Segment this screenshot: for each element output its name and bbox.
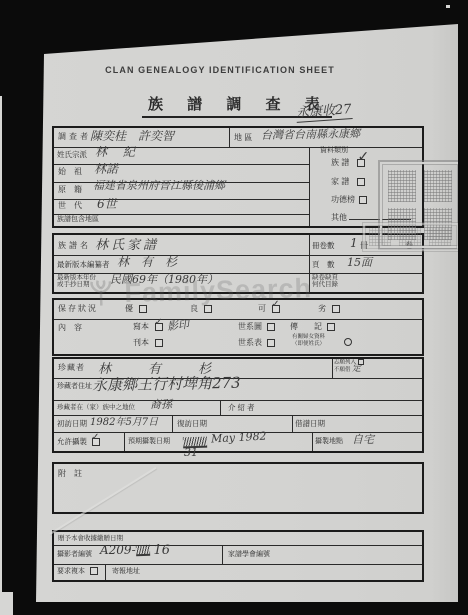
content-printed: 刊本 [133, 337, 163, 348]
filming-place-value: 自宅 [352, 431, 374, 447]
region-value: 台灣省台南縣永康鄉 [261, 125, 360, 143]
seal-glyph [399, 228, 421, 246]
volumes-value: 1 [350, 236, 358, 250]
clan-branch-value: 林 紀 [95, 143, 141, 160]
missing-volumes-label: 缺卷缺頁 何代目錄 [312, 274, 338, 288]
grade-excellent: 優 [125, 303, 147, 314]
revisit-label: 復訪日期 [177, 418, 207, 429]
checkbox [327, 323, 335, 331]
origin-value: 福建省泉州府晉江縣後浦鄉 [93, 177, 225, 193]
compiler-value: 林 有 杉 [117, 253, 177, 270]
scan-speck [446, 5, 450, 8]
introducer-label: 介紹者 [228, 402, 257, 413]
filming-permit: 允許攝製 [57, 436, 100, 447]
region-label: 地 區 [234, 132, 252, 143]
corner-handwritten-note: 永康收27 [295, 98, 352, 123]
checkbox [332, 305, 340, 313]
borrow-date-label: 借譜日期 [295, 418, 325, 429]
grid-line [54, 164, 309, 165]
grade-fair: 可 [258, 303, 280, 314]
grid-line [54, 400, 422, 401]
checkbox [155, 339, 163, 347]
filming-date-label: 預期攝製日期 [128, 436, 170, 446]
clan-branch-label: 姓氏宗派 [57, 149, 87, 160]
keeper-willing-note: 志願列入 不願借 定 [334, 359, 364, 374]
notes-box [52, 462, 424, 514]
grid-line [309, 147, 310, 226]
keeper-address-label: 珍藏者住址 [57, 381, 92, 391]
pages-label: 頁 數 [312, 259, 335, 270]
checkbox-checked [357, 159, 365, 167]
checkbox-checked [155, 323, 163, 331]
notes-label: 附 註 [58, 468, 82, 479]
camera-number-label: 攝影者編號 [57, 549, 92, 559]
checkbox-checked [272, 305, 280, 313]
coverage-area-label: 族譜包含地區 [57, 214, 99, 224]
grade-poor: 劣 [318, 303, 340, 314]
checkbox [90, 567, 98, 575]
willing-handwriting: 定 [352, 364, 361, 374]
content-women-data: 有關婦女資料 （即便姓氏） [292, 334, 325, 347]
edition-year-value: 民國69年（1980年） [110, 271, 218, 287]
grade-good: 良 [190, 303, 212, 314]
seal-stamp-partial [362, 222, 460, 252]
content-lineage-chart: 世系圖 [238, 321, 275, 332]
checkbox [357, 178, 365, 186]
seal-glyph [429, 228, 451, 246]
grid-line [54, 564, 422, 565]
generations-label: 世 代 [58, 200, 82, 211]
scanned-document: CLAN GENEALOGY IDENTIFICATION SHEET 族 譜 … [0, 0, 468, 615]
genealogy-name-label: 族譜名 [58, 240, 91, 251]
form-page: CLAN GENEALOGY IDENTIFICATION SHEET 族 譜 … [0, 0, 468, 615]
grid-line [124, 432, 125, 451]
seal-glyph [424, 170, 452, 202]
pages-value: 15面 [347, 254, 372, 270]
manuscript-note: 影印 [166, 316, 190, 334]
grid-line [54, 199, 309, 200]
first-ancestor-label: 始 祖 [58, 166, 82, 177]
material-type-merit: 功德榜 [331, 194, 367, 205]
grid-line [105, 564, 106, 580]
grid-line [220, 400, 221, 415]
condition-label: 保存狀況 [58, 303, 98, 314]
grid-line [312, 432, 313, 451]
circle-checkbox [344, 338, 352, 346]
checkbox [204, 305, 212, 313]
seal-glyph [388, 170, 416, 202]
request-copy: 要求複本 [57, 566, 98, 576]
generations-value: 6世 [97, 195, 117, 212]
content-manuscript: 寫本 [133, 321, 163, 332]
keeper-position-value: 裔孫 [150, 396, 172, 412]
first-visit-label: 初訪日期 [57, 418, 87, 429]
checkbox [267, 339, 275, 347]
checkbox [139, 305, 147, 313]
grid-line [292, 415, 293, 432]
surveyor-label: 調查者 [58, 131, 91, 142]
contents-label: 內 容 [58, 322, 82, 333]
content-lineage-table: 世系表 [238, 337, 275, 348]
material-type-family: 家 譜 [331, 176, 365, 187]
checkbox [267, 323, 275, 331]
receipt-date-label: 贈予本會收據繳贈日期 [58, 533, 123, 542]
keeper-address-value: 永康鄉王行村埤角273 [92, 372, 241, 396]
grid-line [332, 359, 333, 378]
scan-corner-patch [0, 592, 13, 615]
grid-line [309, 235, 310, 292]
keeper-label: 珍藏者 [58, 362, 85, 373]
keeper-position-label: 珍藏者在（家）族中之地位 [57, 402, 135, 411]
checkbox-checked [92, 438, 100, 446]
filming-date-day: 31 [184, 446, 198, 459]
grid-line [54, 319, 422, 320]
grid-line [222, 545, 223, 564]
mail-address-label: 寄報地址 [112, 566, 140, 576]
seal-glyph [369, 228, 391, 246]
scan-edge-sliver [0, 96, 2, 615]
volumes-label: 冊卷數 [312, 240, 335, 251]
material-type-label: 資料類別 [320, 145, 348, 155]
origin-label: 原 籍 [58, 184, 82, 195]
edition-year-label: 最新版本年份 或手抄日期 [57, 274, 96, 288]
first-ancestor-value: 林諾 [94, 160, 118, 177]
checkbox [359, 196, 367, 204]
filming-place-label: 攝製地點 [315, 436, 343, 446]
checkbox [358, 359, 364, 365]
material-type-genealogy: 族 譜 [331, 157, 365, 168]
crossed-out-scribble [135, 545, 149, 556]
camera-number-value: A209- 16 [100, 543, 170, 558]
first-visit-value: 1982年5月7日 [90, 413, 158, 428]
compiler-label: 最新版本編纂者 [57, 259, 110, 270]
form-title-english: CLAN GENEALOGY IDENTIFICATION SHEET [30, 65, 410, 75]
grid-line [229, 128, 230, 147]
society-number-label: 家譜學會編號 [228, 549, 270, 559]
content-biography: 傳 記 [290, 321, 335, 332]
surveyor-value: 陳奕桂 許奕智 [90, 127, 174, 144]
grid-line [172, 415, 173, 432]
genealogy-name-value: 林氏家譜 [95, 234, 159, 253]
